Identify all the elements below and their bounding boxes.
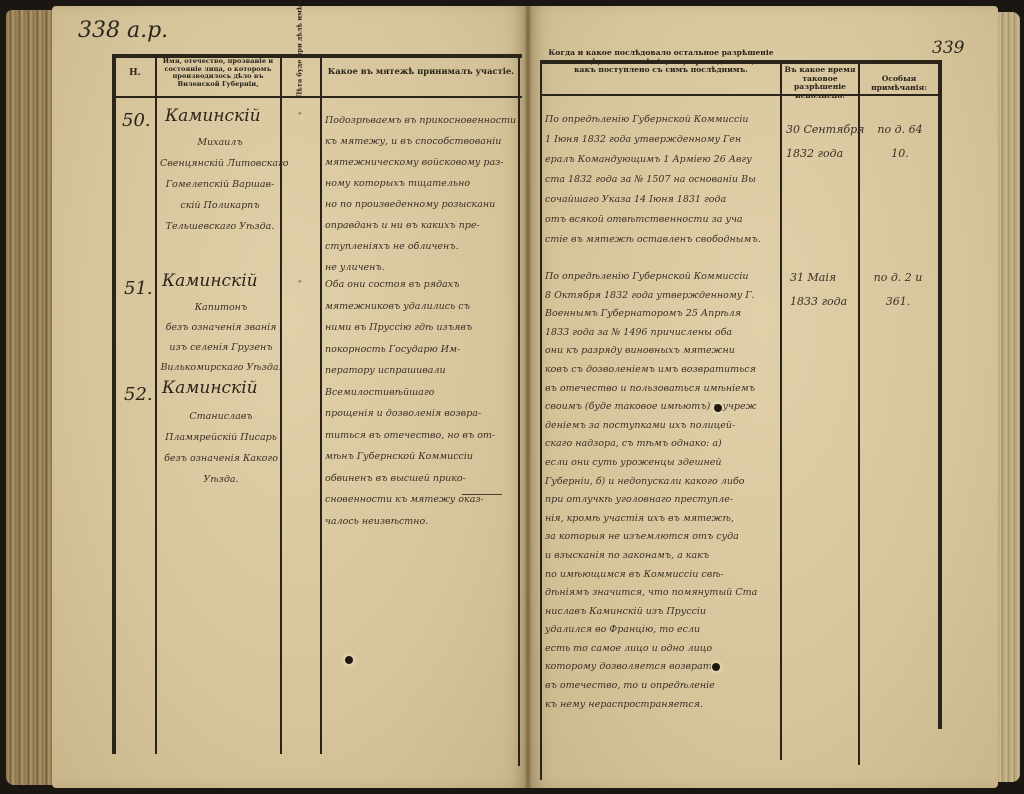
header-name: Имя, отечество, прозванiе и состоянiе ли…: [158, 58, 278, 88]
entry-resolution: По опредѣленiю Губернской Коммиссiи 1 Iю…: [545, 110, 779, 250]
column-rule: [155, 54, 157, 754]
entry-name-details: Капитонъ безъ означенiя званiя изъ селен…: [160, 298, 282, 378]
entry-number: 51.: [124, 278, 153, 299]
left-table-outer-rule: [112, 54, 116, 754]
right-table-outer-rule: [938, 64, 942, 729]
header-number: Н.: [118, 68, 152, 78]
ditto-mark: ″: [298, 280, 302, 291]
right-folio-number: 339: [932, 38, 964, 58]
header-resolution: Когда и какое послѣдовало остальное разр…: [543, 49, 779, 75]
paper-hole: [712, 663, 720, 671]
entry-name-details: Михаилъ Свенцянскiй Литовскаго Гомелепск…: [160, 132, 280, 237]
paper-hole: [714, 404, 722, 412]
paper-hole: [345, 656, 353, 664]
book-page-edges-left: [6, 10, 58, 785]
header-participation: Какое въ мятежѣ принималъ участiе.: [324, 67, 518, 77]
entry-number: 52.: [124, 384, 153, 405]
entry-resolution: По опредѣленiю Губернской Коммиссiи 8 Ок…: [545, 268, 779, 714]
entry-notes: по д. 64 10.: [872, 118, 928, 166]
left-folio-number: 338 a.p.: [78, 18, 168, 43]
open-ledger-book: 338 a.p. 339 Н. Имя, отечество, прозванi…: [0, 0, 1024, 794]
header-time-executed: Въ какое время таковое разрѣшенiе исполн…: [782, 66, 858, 101]
column-rule: [320, 54, 322, 754]
left-table-header-rule: [112, 96, 522, 98]
column-rule: [540, 60, 542, 780]
entry-time-executed: 30 Сентября 1832 года: [786, 118, 864, 166]
entry-time-executed: 31 Маiя 1833 года: [790, 266, 847, 314]
ditto-mark: ″: [298, 112, 302, 123]
closing-dash: [462, 494, 502, 495]
entry-surname: Каминскiй: [162, 273, 258, 290]
right-table-header-rule: [540, 94, 942, 96]
column-rule: [780, 60, 782, 760]
entry-surname: Каминскiй: [162, 380, 258, 397]
header-notes: Особыя примѣчанiя:: [861, 75, 937, 92]
entry-notes: по д. 2 и 361.: [868, 266, 928, 314]
entry-name-details: Станиславъ Пламярейскiй Писарь безъ озна…: [160, 406, 282, 490]
entry-number: 50.: [122, 110, 151, 131]
entry-participation: Подозрѣваемъ въ прикосновенности къ мяте…: [325, 110, 520, 278]
header-marks: Лѣта буде при дѣлѣ имѣется о томъ свѣдѣн…: [297, 49, 304, 97]
entry-surname: Каминскiй: [165, 108, 261, 125]
book-gutter: [525, 6, 531, 788]
